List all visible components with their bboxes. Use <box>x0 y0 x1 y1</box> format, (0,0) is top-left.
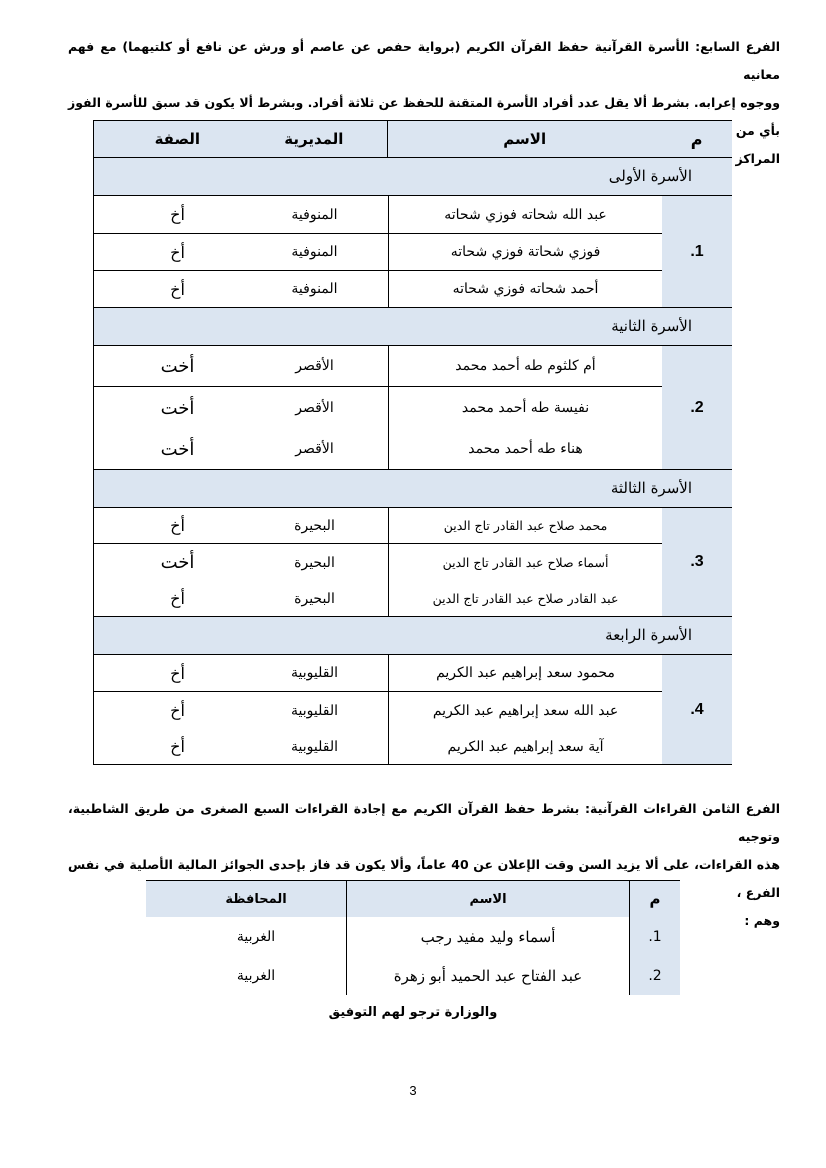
table-bottom-border <box>93 764 732 765</box>
family-number: 4. <box>662 655 732 764</box>
member-relation: أخت <box>94 356 241 377</box>
member-governorate: الأقصر <box>241 358 388 374</box>
member-relation: أخ <box>94 737 241 756</box>
header-num: م <box>630 881 680 917</box>
families-table-header: م الاسم المديرية الصفة <box>93 120 732 157</box>
family-title: الأسرة الرابعة <box>93 616 732 654</box>
table-row: أحمد شحاته فوزي شحاته المنوفية أخ <box>94 270 662 307</box>
member-governorate: الأقصر <box>241 400 388 416</box>
row-name: عبد الفتاح عبد الحميد أبو زهرة <box>346 956 630 995</box>
header-relation: الصفة <box>94 130 241 148</box>
member-governorate: الأقصر <box>241 441 388 457</box>
member-name: آية سعد إبراهيم عبد الكريم <box>388 729 662 764</box>
header-governorate: المديرية <box>241 130 388 148</box>
member-name: أم كلثوم طه أحمد محمد <box>388 346 662 386</box>
qiraat-table: م الاسم المحافظة 1. أسماء وليد مفيد رجب … <box>146 880 680 995</box>
family-group: 4. محمود سعد إبراهيم عبد الكريم القليوبي… <box>93 654 732 764</box>
family-number: 3. <box>662 508 732 616</box>
member-name: أسماء صلاح عبد القادر تاج الدين <box>388 544 662 581</box>
row-num: 2. <box>630 956 680 995</box>
table-row: عبد الله سعد إبراهيم عبد الكريم القليوبي… <box>94 691 662 729</box>
table-row: 1. أسماء وليد مفيد رجب الغربية <box>146 917 680 956</box>
families-table: م الاسم المديرية الصفة الأسرة الأولى 1. … <box>93 120 732 765</box>
row-num: 1. <box>630 917 680 956</box>
member-relation: أخ <box>94 516 241 535</box>
member-relation: أخت <box>94 398 241 419</box>
member-governorate: القليوبية <box>241 665 388 681</box>
member-governorate: القليوبية <box>241 739 388 755</box>
table-row: محمود سعد إبراهيم عبد الكريم القليوبية أ… <box>94 655 662 691</box>
member-name: عبد الله شحاته فوزي شحاته <box>388 196 662 233</box>
row-governorate: الغربية <box>146 917 346 956</box>
family-number: 1. <box>662 196 732 307</box>
table-row: أسماء صلاح عبد القادر تاج الدين البحيرة … <box>94 543 662 581</box>
family-group: 1. عبد الله شحاته فوزي شحاته المنوفية أخ… <box>93 195 732 307</box>
member-name: هناء طه أحمد محمد <box>388 429 662 469</box>
member-governorate: المنوفية <box>241 207 388 223</box>
header-name: الاسم <box>387 121 661 157</box>
family-group: 3. محمد صلاح عبد القادر تاج الدين البحير… <box>93 507 732 616</box>
member-governorate: البحيرة <box>241 591 388 607</box>
member-relation: أخ <box>94 243 241 262</box>
table-row: فوزي شحاتة فوزي شحاته المنوفية أخ <box>94 233 662 270</box>
table-row: آية سعد إبراهيم عبد الكريم القليوبية أخ <box>94 729 662 764</box>
member-relation: أخ <box>94 280 241 299</box>
member-name: نفيسة طه أحمد محمد <box>388 387 662 429</box>
header-governorate: المحافظة <box>146 881 346 917</box>
section-8-line-1: الفرع الثامن القراءات القرآنية: بشرط حفظ… <box>68 795 780 851</box>
table-row: عبد الله شحاته فوزي شحاته المنوفية أخ <box>94 196 662 233</box>
member-name: أحمد شحاته فوزي شحاته <box>388 271 662 307</box>
table-row: نفيسة طه أحمد محمد الأقصر أخت <box>94 386 662 429</box>
table-row: أم كلثوم طه أحمد محمد الأقصر أخت <box>94 346 662 386</box>
member-relation: أخ <box>94 589 241 608</box>
table-row: محمد صلاح عبد القادر تاج الدين البحيرة أ… <box>94 508 662 543</box>
family-number: 2. <box>662 346 732 469</box>
member-relation: أخت <box>94 552 241 573</box>
member-name: فوزي شحاتة فوزي شحاته <box>388 234 662 270</box>
row-governorate: الغربية <box>146 956 346 995</box>
member-relation: أخ <box>94 701 241 720</box>
family-title: الأسرة الثالثة <box>93 469 732 507</box>
member-name: عبد الله سعد إبراهيم عبد الكريم <box>388 692 662 729</box>
member-governorate: المنوفية <box>241 281 388 297</box>
member-relation: أخ <box>94 664 241 683</box>
qiraat-table-header: م الاسم المحافظة <box>146 881 680 917</box>
header-num: م <box>661 130 732 149</box>
table-row: عبد القادر صلاح عبد القادر تاج الدين الب… <box>94 581 662 616</box>
family-group: 2. أم كلثوم طه أحمد محمد الأقصر أخت نفيس… <box>93 345 732 469</box>
table-row: 2. عبد الفتاح عبد الحميد أبو زهرة الغربي… <box>146 956 680 995</box>
member-relation: أخت <box>94 439 241 460</box>
section-7-line-1: الفرع السابع: الأسرة القرآنية حفظ القرآن… <box>68 33 780 89</box>
member-name: محمد صلاح عبد القادر تاج الدين <box>388 508 662 543</box>
member-governorate: المنوفية <box>241 244 388 260</box>
member-relation: أخ <box>94 205 241 224</box>
header-name: الاسم <box>346 881 630 917</box>
family-title: الأسرة الأولى <box>93 157 732 195</box>
family-title: الأسرة الثانية <box>93 307 732 345</box>
row-name: أسماء وليد مفيد رجب <box>346 917 630 956</box>
member-governorate: البحيرة <box>241 518 388 534</box>
member-name: عبد القادر صلاح عبد القادر تاج الدين <box>388 581 662 616</box>
closing-line: والوزارة ترجو لهم التوفيق <box>0 1005 826 1020</box>
member-governorate: القليوبية <box>241 703 388 719</box>
member-governorate: البحيرة <box>241 555 388 571</box>
member-name: محمود سعد إبراهيم عبد الكريم <box>388 655 662 691</box>
table-row: هناء طه أحمد محمد الأقصر أخت <box>94 429 662 469</box>
page-number: 3 <box>0 1083 826 1098</box>
